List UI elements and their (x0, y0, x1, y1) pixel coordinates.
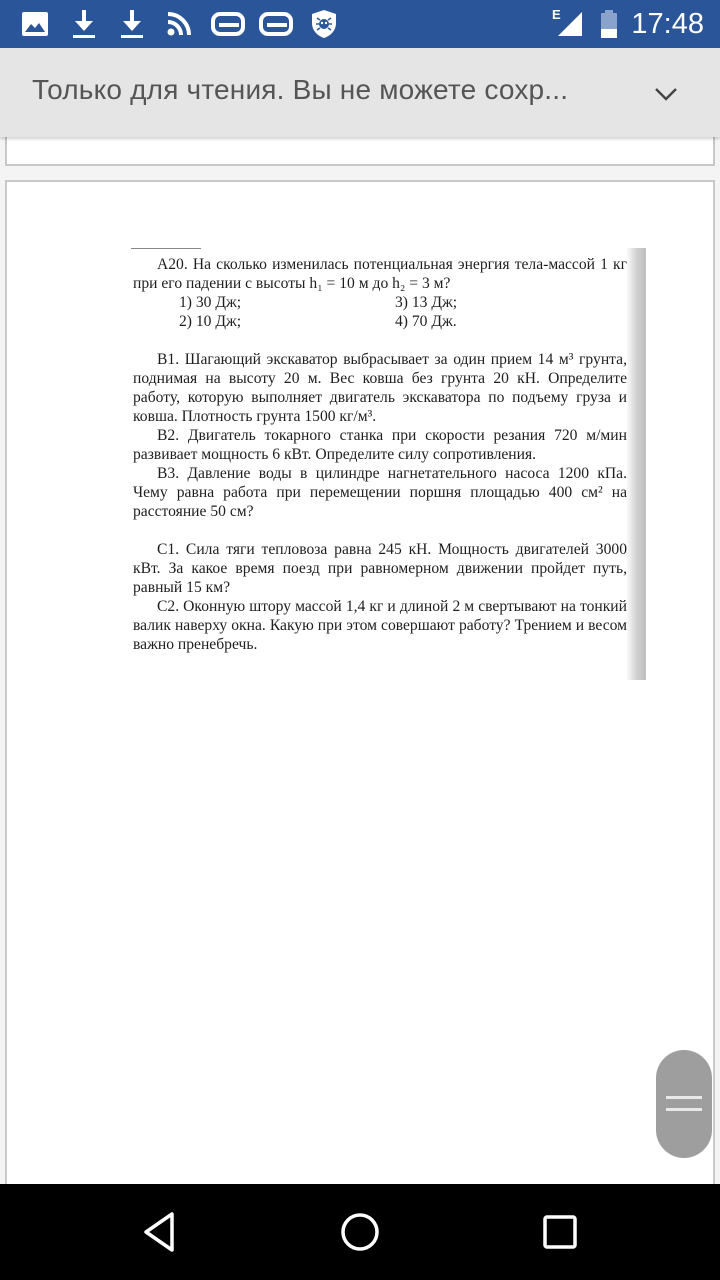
scroll-thumb[interactable] (656, 1050, 712, 1158)
battery-icon (600, 10, 618, 38)
problem-b1: В1. Шагающий экскаватор выбрасывает за о… (133, 350, 627, 426)
problem-text: А20. На сколько изменилась потенциальная… (133, 255, 627, 654)
link-icon (258, 8, 294, 40)
link-icon (210, 8, 246, 40)
scan-page-edge-shadow (626, 248, 646, 680)
download-icon (68, 8, 100, 40)
divider (131, 248, 201, 249)
antivirus-shield-icon (308, 8, 340, 40)
answer-option: 2) 10 Дж; (179, 312, 395, 331)
mobile-signal-icon: E (552, 10, 584, 38)
rss-feed-icon (163, 8, 195, 40)
problem-a20: А20. На сколько изменилась потенциальная… (133, 255, 627, 293)
navigation-bar (0, 1184, 720, 1280)
status-bar: E 17:48 (0, 0, 720, 48)
answer-options: 1) 30 Дж; 3) 13 Дж; 2) 10 Дж; 4) 70 Дж. (133, 293, 627, 331)
problem-b3: В3. Давление воды в цилиндре нагнетатель… (133, 464, 627, 521)
read-only-message: Только для чтения. Вы не можете сохр... (32, 74, 568, 106)
home-icon[interactable] (336, 1208, 384, 1256)
answer-option: 4) 70 Дж. (395, 312, 595, 331)
answer-option: 1) 30 Дж; (179, 293, 395, 312)
clock: 17:48 (631, 6, 704, 42)
gallery-icon (19, 8, 51, 40)
answer-option: 3) 13 Дж; (395, 293, 595, 312)
recents-icon[interactable] (536, 1208, 584, 1256)
problem-b2: В2. Двигатель токарного станка при скоро… (133, 426, 627, 464)
back-icon[interactable] (136, 1208, 184, 1256)
download-icon (116, 8, 148, 40)
problem-c1: С1. Сила тяги тепловоза равна 245 кН. Мо… (133, 540, 627, 597)
read-only-banner[interactable]: Только для чтения. Вы не можете сохр... (0, 48, 720, 137)
document-page: А20. На сколько изменилась потенциальная… (5, 180, 715, 1184)
scanned-image: А20. На сколько изменилась потенциальная… (131, 248, 646, 680)
problem-c2: С2. Оконную штору массой 1,4 кг и длиной… (133, 597, 627, 654)
chevron-down-icon[interactable] (648, 76, 684, 112)
